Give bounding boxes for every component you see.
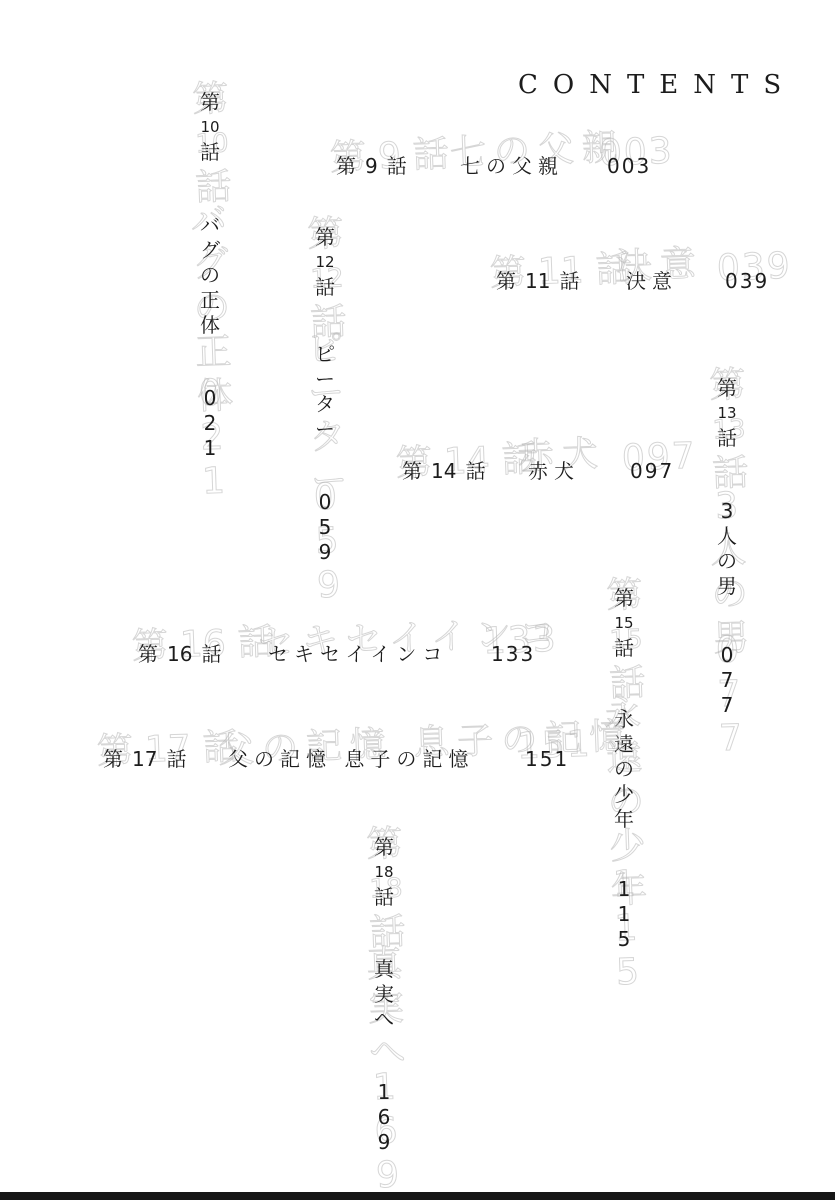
ch12-chapter-title: ピーター — [312, 342, 338, 442]
ch11-chapter-label: 第11話 — [496, 268, 579, 294]
vertical-char: グ — [197, 238, 223, 263]
ch10-chapter-title: バグの正体 — [197, 213, 223, 338]
vertical-char: へ — [371, 1007, 397, 1032]
vertical-char: 男 — [714, 574, 740, 599]
chapter-label-part: 話 — [412, 135, 449, 176]
chapter-label-part: 第 — [138, 641, 158, 667]
vertical-char: 5 — [611, 927, 637, 952]
chapter-label-part: 第 — [103, 746, 123, 772]
vertical-char: 9 — [371, 1130, 397, 1155]
ch13-page-number: 077 — [714, 643, 740, 718]
chapter-label-part: 14 — [431, 458, 456, 484]
vertical-char: 第 — [611, 586, 637, 611]
ch9-page-number: 003 — [607, 153, 651, 179]
chapter-label-part: 第 — [336, 153, 356, 179]
ch15-page-number: 115 — [611, 877, 637, 952]
ch17-chapter-title: 父の記憶 息子の記憶 — [228, 746, 474, 772]
vertical-char: 年 — [611, 807, 637, 832]
vertical-char: ー — [312, 417, 338, 442]
ch18-page-number: 169 — [371, 1080, 397, 1155]
vertical-char: 15 — [611, 611, 637, 636]
chapter-label-part: 9 — [365, 153, 378, 179]
vertical-char: 話 — [611, 636, 637, 661]
vertical-char: の — [611, 757, 637, 782]
vertical-char: 10 — [197, 115, 223, 140]
chapter-label-part: 話 — [166, 746, 186, 772]
chapter-label-part: 話 — [201, 641, 221, 667]
vertical-char: 1 — [371, 1080, 397, 1105]
ch14-page-number: 097 — [630, 458, 674, 484]
ch11-page-number: 039 — [725, 268, 769, 294]
vertical-char: 真 — [371, 957, 397, 982]
ch18-chapter-label: 第18話 — [371, 835, 397, 910]
ch18-chapter-title: 真実へ — [371, 957, 397, 1032]
chapter-label-part: 第 — [496, 268, 516, 294]
ch14-chapter-label: 第14話 — [402, 458, 485, 484]
vertical-char: 少 — [611, 782, 637, 807]
vertical-char: 第 — [312, 225, 338, 250]
ch9-chapter-title: 七の父親 — [460, 153, 564, 179]
vertical-char: 0 — [197, 386, 223, 411]
vertical-char: 話 — [312, 275, 338, 300]
ch11-chapter-title: 決意 — [626, 268, 678, 294]
vertical-char: 話 — [714, 426, 740, 451]
vertical-char: 第 — [197, 90, 223, 115]
ch12-chapter-label: 第12話 — [312, 225, 338, 300]
ch10-chapter-label: 第10話 — [197, 90, 223, 165]
vertical-char: 12 — [312, 250, 338, 275]
ch10-page-number: 021 — [197, 386, 223, 461]
ch15-chapter-label: 第15話 — [611, 586, 637, 661]
vertical-char: 1 — [197, 436, 223, 461]
ch13-chapter-label: 第13話 — [714, 376, 740, 451]
vertical-char: 7 — [714, 693, 740, 718]
vertical-char: 1 — [611, 902, 637, 927]
vertical-char: 18 — [371, 860, 397, 885]
chapter-label-part: 話 — [387, 153, 407, 179]
vertical-char: ピ — [312, 342, 338, 367]
vertical-char: 7 — [706, 716, 756, 762]
vertical-char: タ — [312, 392, 338, 417]
ch14-chapter-title: 赤犬 — [528, 458, 580, 484]
vertical-char: 1 — [189, 459, 239, 505]
vertical-char: 第 — [714, 376, 740, 401]
vertical-char: ー — [312, 367, 338, 392]
ch17-page-number: 151 — [525, 746, 569, 772]
chapter-label-part: 11 — [525, 268, 550, 294]
page-bottom-trim-bar — [0, 1192, 835, 1200]
ch12-page-number: 059 — [312, 490, 338, 565]
contents-heading: CONTENTS — [518, 70, 796, 100]
vertical-char: の — [714, 549, 740, 574]
vertical-char: 人 — [714, 524, 740, 549]
vertical-char: 話 — [371, 885, 397, 910]
vertical-char: の — [197, 263, 223, 288]
vertical-char: 2 — [197, 411, 223, 436]
ch16-chapter-title: セキセイインコ — [268, 641, 448, 667]
vertical-char: 実 — [371, 982, 397, 1007]
vertical-char: 正 — [197, 288, 223, 313]
vertical-char: 5 — [603, 950, 653, 996]
ch9-chapter-label: 第9話 — [336, 153, 407, 179]
vertical-char: 13 — [714, 401, 740, 426]
vertical-char: 3 — [714, 499, 740, 524]
ch16-chapter-label: 第16話 — [138, 641, 221, 667]
vertical-char: 第 — [371, 835, 397, 860]
vertical-char: 9 — [304, 563, 354, 609]
chapter-label-part: 話 — [465, 458, 485, 484]
vertical-char: 0 — [714, 643, 740, 668]
chapter-label-part: 第 — [402, 458, 422, 484]
chapter-label-part: 16 — [167, 641, 192, 667]
chapter-label-part: 話 — [559, 268, 579, 294]
ch17-chapter-label: 第17話 — [103, 746, 186, 772]
vertical-char: 体 — [197, 313, 223, 338]
vertical-char: 話 — [197, 140, 223, 165]
vertical-char: 7 — [714, 668, 740, 693]
vertical-char: バ — [197, 213, 223, 238]
contents-page: CONTENTS 七の父親003第9話第9話七の父親003第10話バグの正体02… — [0, 0, 835, 1200]
ch16-page-number: 133 — [491, 641, 535, 667]
vertical-char: 9 — [312, 540, 338, 565]
vertical-char: 1 — [611, 877, 637, 902]
ch13-chapter-title: 3人の男 — [714, 499, 740, 599]
vertical-char: 5 — [312, 515, 338, 540]
vertical-char: 0 — [312, 490, 338, 515]
vertical-char: 6 — [371, 1105, 397, 1130]
chapter-label-part: 17 — [132, 746, 157, 772]
